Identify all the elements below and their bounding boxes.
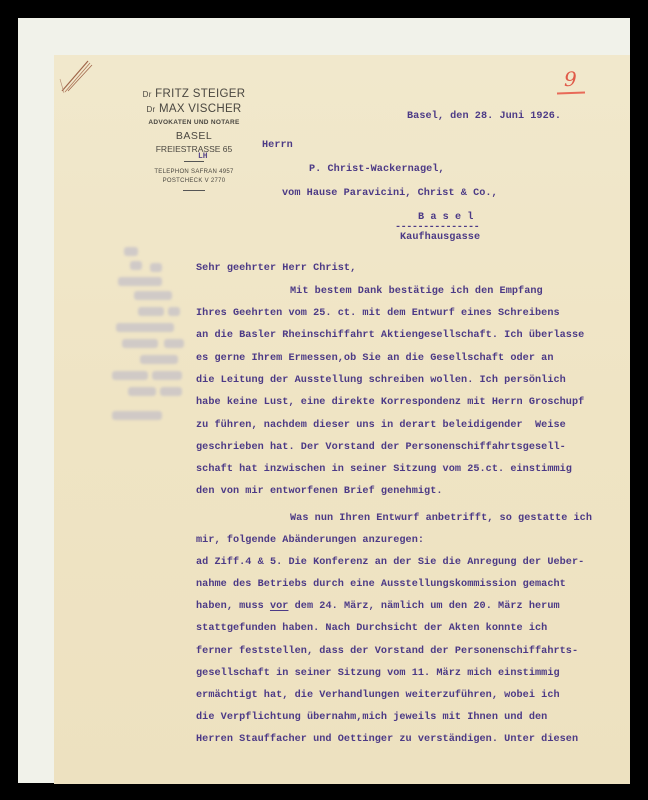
body-line: ferner feststellen, dass der Vorstand de… [196, 646, 578, 657]
document-mat: Dr FRITZ STEIGER Dr MAX VISCHER ADVOKATE… [18, 18, 630, 783]
letterhead-postcheck: POSTCHECK V 2770 [114, 177, 274, 186]
body-line: ermächtigt hat, die Verhandlungen weiter… [196, 690, 560, 701]
address-herrn: Herrn [262, 140, 293, 151]
name-text: FRITZ STEIGER [152, 88, 246, 100]
name-text: MAX VISCHER [156, 103, 242, 115]
address-firm: vom Hause Paravicini, Christ & Co., [282, 188, 498, 199]
folio-underline [557, 92, 585, 95]
letterhead-profession: ADVOKATEN UND NOTARE [114, 117, 274, 129]
bleed-through-handwriting [98, 247, 184, 477]
body-line: nahme des Betriebs durch eine Ausstellun… [196, 579, 566, 590]
folio-number: 9 [564, 67, 577, 91]
letterhead-city: BASEL [114, 129, 274, 143]
title-prefix: Dr [143, 90, 152, 99]
body-line: mir, folgende Abänderungen anzuregen: [196, 535, 424, 546]
body-line: Was nun Ihren Entwurf anbetrifft, so ges… [290, 513, 592, 524]
body-line: zu führen, nachdem dieser uns in derart … [196, 420, 566, 431]
corner-pen-marks-icon [58, 57, 98, 97]
letterhead-divider-bottom [183, 190, 205, 191]
letterhead-telephone: TELEPHON SAFRAN 4957 [114, 168, 274, 177]
letterhead-name-steiger: Dr FRITZ STEIGER [114, 87, 274, 102]
letterhead: Dr FRITZ STEIGER Dr MAX VISCHER ADVOKATE… [114, 87, 274, 191]
body-line: geschrieben hat. Der Vorstand der Person… [196, 442, 566, 453]
address-street: Kaufhausgasse [400, 232, 480, 243]
title-prefix: Dr [146, 105, 155, 114]
letterhead-street: FREIESTRASSE 65 LH [114, 143, 274, 155]
body-line: die Verpflichtung übernahm,mich jeweils … [196, 712, 547, 723]
letterhead-name-vischer: Dr MAX VISCHER [114, 102, 274, 117]
street-text: FREIESTRASSE 65 [156, 144, 233, 154]
body-line: haben, muss vor dem 24. März, nämlich um… [196, 601, 560, 612]
body-line: an die Basler Rheinschiffahrt Aktiengese… [196, 330, 584, 341]
address-recipient-name: P. Christ-Wackernagel, [309, 164, 445, 175]
body-line: gesellschaft in seiner Sitzung vom 11. M… [196, 668, 560, 679]
letter-page: Dr FRITZ STEIGER Dr MAX VISCHER ADVOKATE… [54, 55, 630, 784]
body-line: es gerne Ihrem Ermessen,ob Sie an die Ge… [196, 353, 553, 364]
initials-stamp: LH [198, 151, 208, 163]
body-line: habe keine Lust, eine direkte Korrespond… [196, 397, 584, 408]
body-line: ad Ziff.4 & 5. Die Konferenz an der Sie … [196, 557, 584, 568]
underlined-word: vor [270, 601, 289, 612]
body-text: dem 24. März, nämlich um den 20. März he… [288, 601, 559, 612]
body-line: Herren Stauffacher und Oettinger zu vers… [196, 734, 578, 745]
letter-date: Basel, den 28. Juni 1926. [407, 111, 561, 122]
body-line: stattgefunden haben. Nach Durchsicht der… [196, 623, 547, 634]
body-line: schaft hat inzwischen in seiner Sitzung … [196, 464, 572, 475]
body-line: Mit bestem Dank bestätige ich den Empfan… [290, 286, 543, 297]
body-line: die Leitung der Ausstellung schreiben wo… [196, 375, 566, 386]
body-line: Ihres Geehrten vom 25. ct. mit dem Entwu… [196, 308, 560, 319]
body-text: haben, muss [196, 601, 270, 612]
letter-greeting: Sehr geehrter Herr Christ, [196, 263, 356, 274]
body-line: den von mir entworfenen Brief genehmigt. [196, 486, 443, 497]
